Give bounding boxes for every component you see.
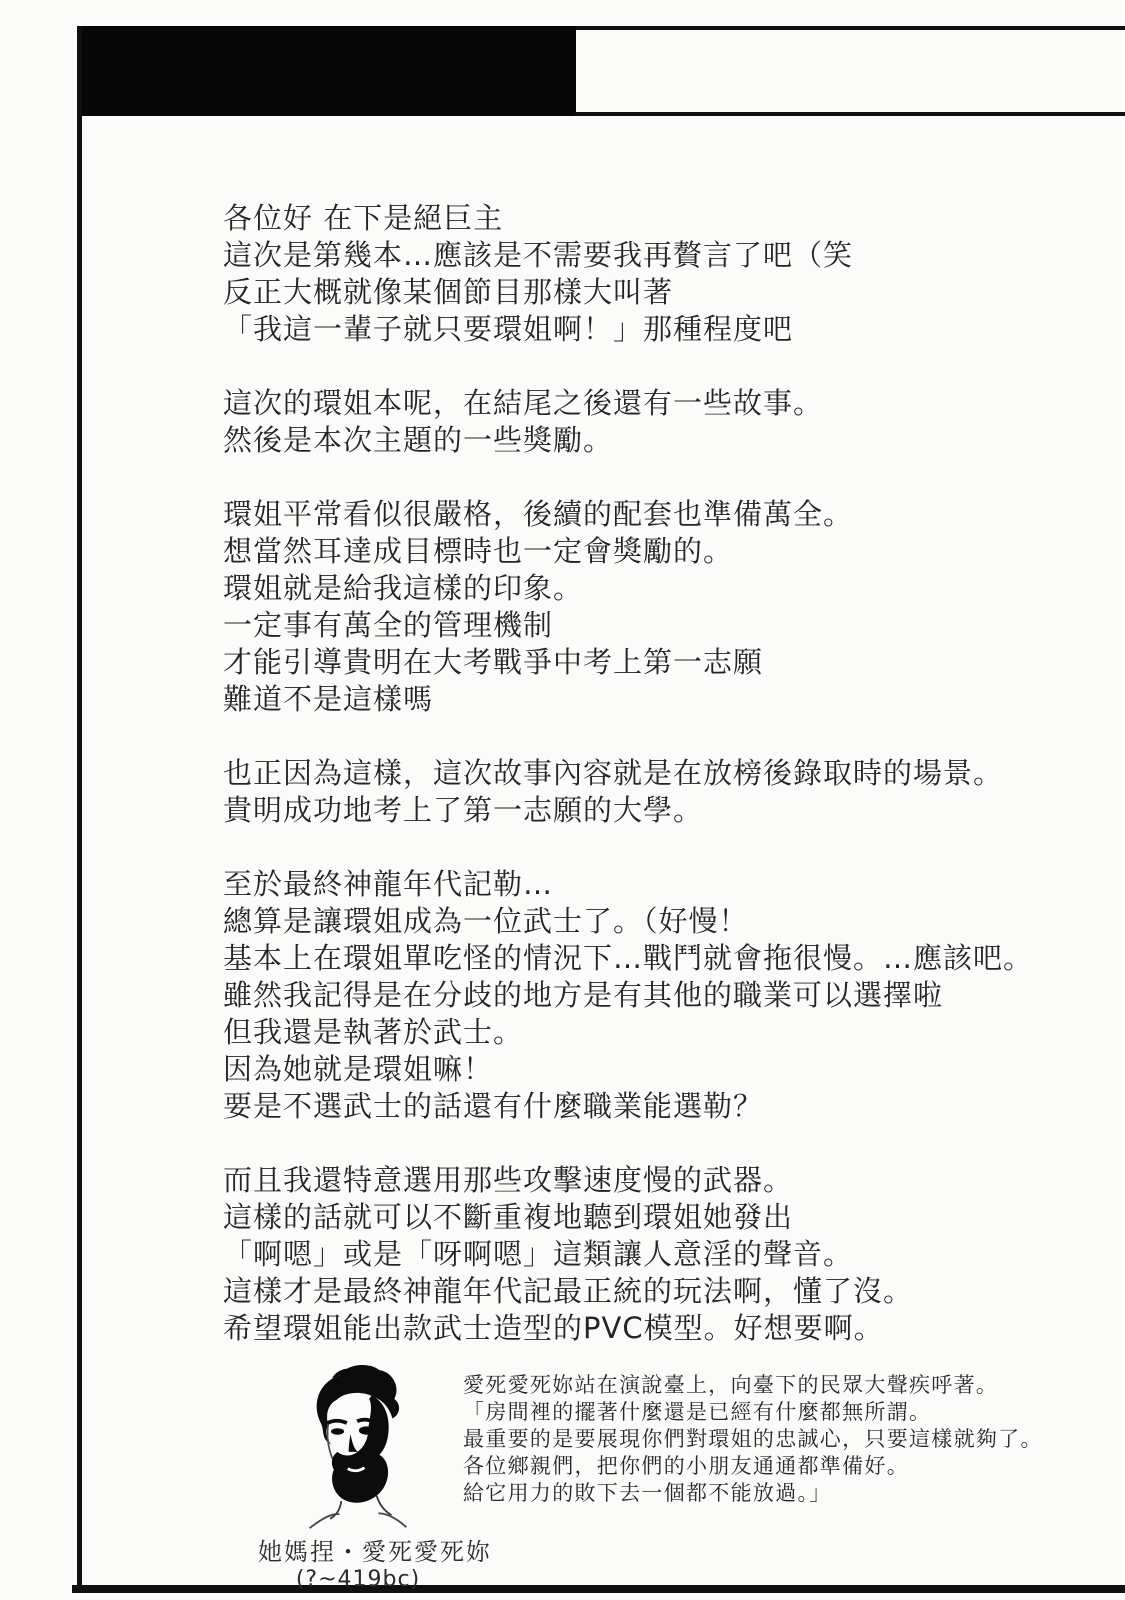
text-line: 希望環姐能出款武士造型的PVC模型。好想要啊。: [223, 1310, 1103, 1347]
text-line: 也正因為這樣，這次故事內容就是在放榜後錄取時的場景。: [223, 755, 1103, 792]
text-line: 一定事有萬全的管理機制: [223, 607, 1103, 644]
bust-caption-dates: (?~419bc): [258, 1567, 458, 1592]
text-line: 但我還是執著於武士。: [223, 1014, 1103, 1051]
paragraph: 而且我還特意選用那些攻擊速度慢的武器。這樣的話就可以不斷重複地聽到環姐她發出「啊…: [223, 1162, 1103, 1347]
text-line: 想當然耳達成目標時也一定會獎勵的。: [223, 533, 1103, 570]
text-line: 這樣才是最終神龍年代記最正統的玩法啊，懂了沒。: [223, 1273, 1103, 1310]
classical-bust-icon: [278, 1358, 438, 1530]
quote-line: 各位鄉親們，把你們的小朋友通通都準備好。: [463, 1453, 1043, 1480]
quote-line: 最重要的是要展現你們對環姐的忠誠心，只要這樣就夠了。: [463, 1426, 1043, 1453]
speech-quote: 愛死愛死妳站在演說臺上，向臺下的民眾大聲疾呼著。「房間裡的擺著什麼還是已經有什麼…: [463, 1358, 1043, 1592]
text-line: 然後是本次主題的一些獎勵。: [223, 422, 1103, 459]
text-line: 至於最終神龍年代記勒…: [223, 866, 1103, 903]
text-line: 這次是第幾本…應該是不需要我再贅言了吧（笑: [223, 237, 1103, 274]
text-line: 「我這一輩子就只要環姐啊！」那種程度吧: [223, 311, 1103, 348]
text-line: 因為她就是環姐嘛！: [223, 1051, 1103, 1088]
paragraph: 各位好 在下是絕巨主這次是第幾本…應該是不需要我再贅言了吧（笑反正大概就像某個節…: [223, 200, 1103, 348]
quote-line: 「房間裡的擺著什麼還是已經有什麼都無所謂。: [463, 1399, 1043, 1426]
text-line: 總算是讓環姐成為一位武士了。（好慢！: [223, 903, 1103, 940]
paragraph: 這次的環姐本呢，在結尾之後還有一些故事。然後是本次主題的一些獎勵。: [223, 385, 1103, 459]
paragraph: 環姐平常看似很嚴格，後續的配套也準備萬全。想當然耳達成目標時也一定會獎勵的。環姐…: [223, 496, 1103, 718]
text-line: 才能引導貴明在大考戰爭中考上第一志願: [223, 644, 1103, 681]
quote-line: 給它用力的敗下去一個都不能放過。」: [463, 1480, 1043, 1507]
header-black-bar: [78, 26, 576, 116]
text-line: 反正大概就像某個節目那樣大叫著: [223, 274, 1103, 311]
text-line: 環姐平常看似很嚴格，後續的配套也準備萬全。: [223, 496, 1103, 533]
text-line: 各位好 在下是絕巨主: [223, 200, 1103, 237]
afterword-text: 各位好 在下是絕巨主這次是第幾本…應該是不需要我再贅言了吧（笑反正大概就像某個節…: [223, 200, 1103, 1347]
text-line: 而且我還特意選用那些攻擊速度慢的武器。: [223, 1162, 1103, 1199]
frame-mid-rule: [575, 112, 1125, 116]
paragraph: 也正因為這樣，這次故事內容就是在放榜後錄取時的場景。貴明成功地考上了第一志願的大…: [223, 755, 1103, 829]
text-line: 貴明成功地考上了第一志願的大學。: [223, 792, 1103, 829]
text-line: 難道不是這樣嗎: [223, 681, 1103, 718]
text-line: 基本上在環姐單吃怪的情況下…戰鬥就會拖很慢。…應該吧。: [223, 940, 1103, 977]
text-line: 環姐就是給我這樣的印象。: [223, 570, 1103, 607]
footer-block: 她媽捏・愛死愛死妳 (?~419bc) 愛死愛死妳站在演說臺上，向臺下的民眾大聲…: [258, 1358, 1098, 1592]
frame-left-rule: [77, 26, 82, 1590]
bust-caption-name: 她媽捏・愛死愛死妳: [258, 1532, 458, 1567]
quote-line: 愛死愛死妳站在演說臺上，向臺下的民眾大聲疾呼著。: [463, 1372, 1043, 1399]
text-line: 這樣的話就可以不斷重複地聽到環姐她發出: [223, 1199, 1103, 1236]
bust-column: 她媽捏・愛死愛死妳 (?~419bc): [258, 1358, 458, 1592]
afterword-page: 各位好 在下是絕巨主這次是第幾本…應該是不需要我再贅言了吧（笑反正大概就像某個節…: [0, 0, 1125, 1600]
text-line: 這次的環姐本呢，在結尾之後還有一些故事。: [223, 385, 1103, 422]
paragraph: 至於最終神龍年代記勒…總算是讓環姐成為一位武士了。（好慢！基本上在環姐單吃怪的情…: [223, 866, 1103, 1125]
text-line: 「啊嗯」或是「呀啊嗯」這類讓人意淫的聲音。: [223, 1236, 1103, 1273]
text-line: 雖然我記得是在分歧的地方是有其他的職業可以選擇啦: [223, 977, 1103, 1014]
text-line: 要是不選武士的話還有什麼職業能選勒？: [223, 1088, 1103, 1125]
